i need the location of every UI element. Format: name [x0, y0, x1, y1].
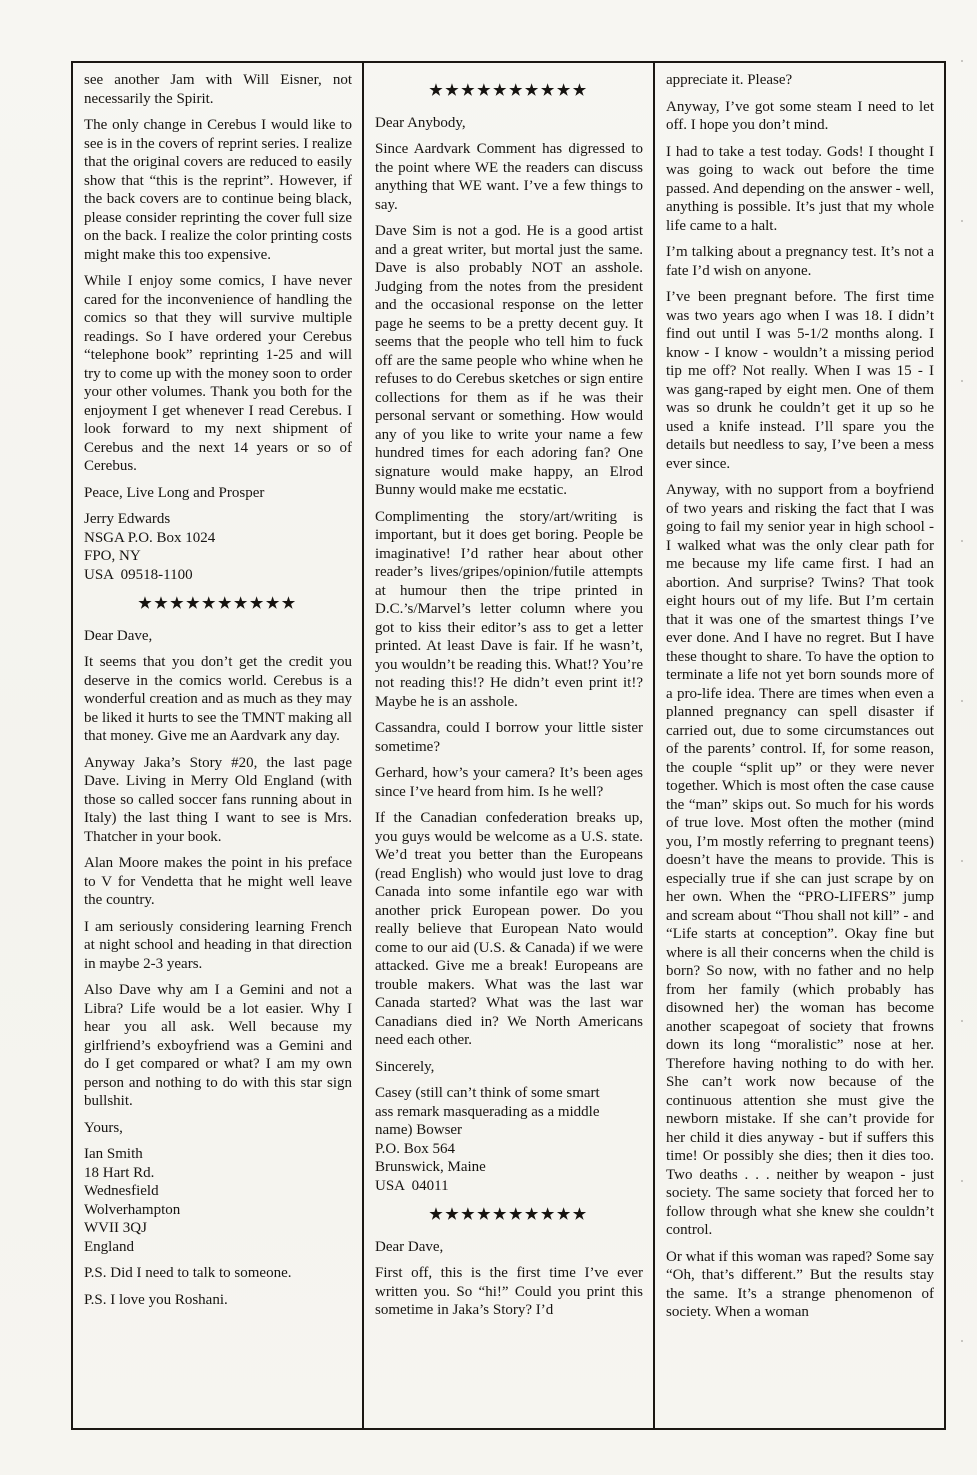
scanned-letters-page: { "page": { "kind": "comic letters colum…	[0, 0, 977, 1475]
address-line: Wolverhampton	[84, 1201, 352, 1220]
letter-paragraph: Anyway, I’ve got some steam I need to le…	[666, 98, 934, 135]
address-line: 18 Hart Rd.	[84, 1164, 352, 1183]
letter-paragraph: Dave Sim is not a god. He is a good arti…	[375, 222, 643, 500]
address-line: P.O. Box 564	[375, 1140, 643, 1159]
letter-paragraph: P.S. I love you Roshani.	[84, 1291, 352, 1310]
address-line: Wednesfield	[84, 1182, 352, 1201]
scan-edge-artifact	[961, 60, 963, 1428]
letter-paragraph: Cassandra, could I borrow your little si…	[375, 719, 643, 756]
salutation: Dear Dave,	[84, 627, 352, 646]
star-divider: ★★★★★★★★★★	[84, 595, 352, 614]
letter-paragraph: see another Jam with Will Eisner, not ne…	[84, 71, 352, 108]
address-line: Brunswick, Maine	[375, 1158, 643, 1177]
letter-paragraph: I’m talking about a pregnancy test. It’s…	[666, 243, 934, 280]
address-block: Jerry EdwardsNSGA P.O. Box 1024FPO, NYUS…	[84, 510, 352, 584]
letter-paragraph: Since Aardvark Comment has digressed to …	[375, 140, 643, 214]
address-line: FPO, NY	[84, 547, 352, 566]
letter-paragraph: Or what if this woman was raped? Some sa…	[666, 1248, 934, 1322]
salutation: Dear Dave,	[375, 1238, 643, 1257]
address-line: Jerry Edwards	[84, 510, 352, 529]
star-divider: ★★★★★★★★★★	[375, 1206, 643, 1225]
address-line: Casey (still can’t think of some smart	[375, 1084, 643, 1103]
signoff: Sincerely,	[375, 1058, 643, 1077]
address-block: Ian Smith18 Hart Rd.WednesfieldWolverham…	[84, 1145, 352, 1256]
letter-paragraph: While I enjoy some comics, I have never …	[84, 272, 352, 476]
signoff: Peace, Live Long and Prosper	[84, 484, 352, 503]
address-block: Casey (still can’t think of some smartas…	[375, 1084, 643, 1195]
address-line: Ian Smith	[84, 1145, 352, 1164]
address-line: WVII 3QJ	[84, 1219, 352, 1238]
address-line: name) Bowser	[375, 1121, 643, 1140]
address-line: England	[84, 1238, 352, 1257]
letter-paragraph: First off, this is the first time I’ve e…	[375, 1264, 643, 1320]
letter-paragraph: I am seriously considering learning Fren…	[84, 918, 352, 974]
letters-column-right: appreciate it. Please?Anyway, I’ve got s…	[653, 63, 944, 1428]
letters-column-left: see another Jam with Will Eisner, not ne…	[73, 63, 362, 1428]
address-line: USA 04011	[375, 1177, 643, 1196]
letter-paragraph: Gerhard, how’s your camera? It’s been ag…	[375, 764, 643, 801]
letter-paragraph: Also Dave why am I a Gemini and not a Li…	[84, 981, 352, 1111]
letter-paragraph: Anyway Jaka’s Story #20, the last page D…	[84, 754, 352, 847]
letter-paragraph: If the Canadian confederation breaks up,…	[375, 809, 643, 1050]
address-line: NSGA P.O. Box 1024	[84, 529, 352, 548]
letter-paragraph: It seems that you don’t get the credit y…	[84, 653, 352, 746]
star-divider: ★★★★★★★★★★	[375, 82, 643, 101]
letter-paragraph: appreciate it. Please?	[666, 71, 934, 90]
letter-paragraph: Alan Moore makes the point in his prefac…	[84, 854, 352, 910]
letter-paragraph: The only change in Cerebus I would like …	[84, 116, 352, 264]
address-line: ass remark masquerading as a middle	[375, 1103, 643, 1122]
letter-paragraph: P.S. Did I need to talk to someone.	[84, 1264, 352, 1283]
letter-paragraph: I’ve been pregnant before. The first tim…	[666, 288, 934, 473]
letters-column-middle: ★★★★★★★★★★Dear Anybody,Since Aardvark Co…	[362, 63, 653, 1428]
letter-paragraph: I had to take a test today. Gods! I thou…	[666, 143, 934, 236]
letter-paragraph: Anyway, with no support from a boyfriend…	[666, 481, 934, 1240]
letters-page-frame: see another Jam with Will Eisner, not ne…	[71, 61, 946, 1430]
letter-paragraph: Complimenting the story/art/writing is i…	[375, 508, 643, 712]
salutation: Dear Anybody,	[375, 114, 643, 133]
address-line: USA 09518-1100	[84, 566, 352, 585]
signoff: Yours,	[84, 1119, 352, 1138]
